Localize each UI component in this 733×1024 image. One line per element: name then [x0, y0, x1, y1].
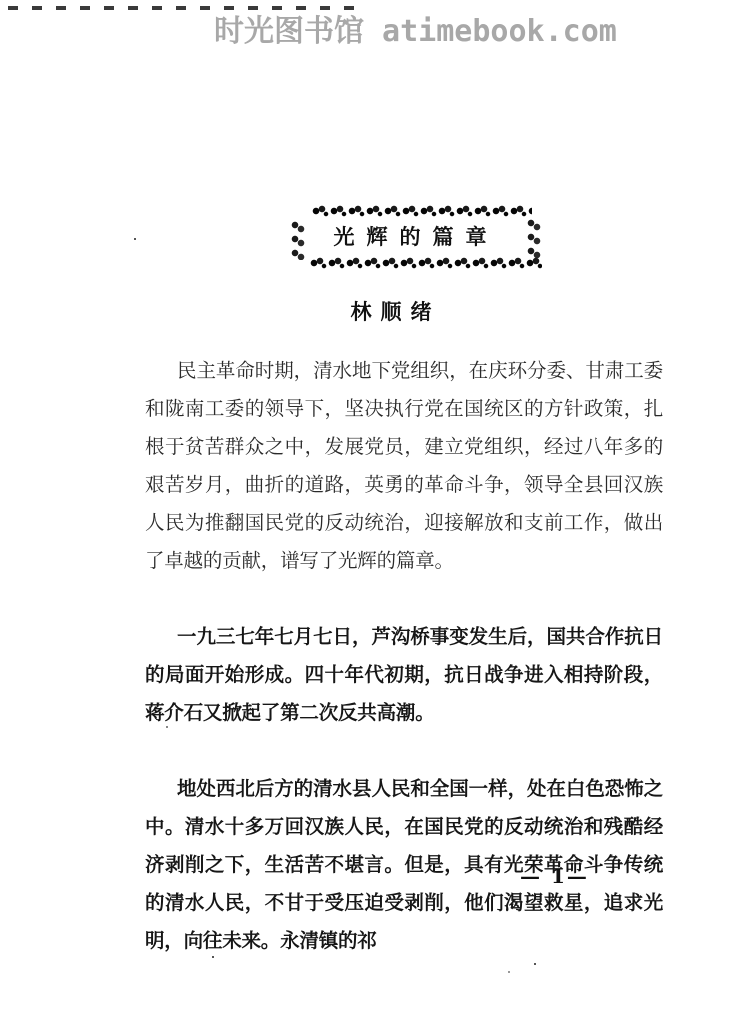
scan-speck — [134, 238, 136, 240]
scan-speck — [166, 726, 168, 728]
watermark: 时光图书馆 atimebook.com — [214, 6, 617, 50]
scan-speck — [508, 971, 510, 973]
scan-speck — [212, 956, 214, 958]
chapter-title-frame: 光辉的篇章 — [286, 200, 546, 272]
ornament-border-right-icon — [526, 218, 542, 258]
ornament-border-bottom-icon — [310, 256, 542, 270]
author-name: 林顺绪 — [0, 296, 733, 326]
paragraph: 民主革命时期，清水地下党组织，在庆环分委、甘肃工委和陇南工委的领导下，坚决执行党… — [145, 352, 663, 580]
page-number: — 1— — [520, 864, 589, 888]
paragraph: 一九三七年七月七日，芦沟桥事变发生后，国共合作抗日的局面开始形成。四十年代初期，… — [145, 618, 663, 732]
chapter-title: 光辉的篇章 — [286, 224, 546, 250]
ornament-border-top-icon — [312, 204, 532, 218]
scan-speck — [534, 963, 536, 965]
